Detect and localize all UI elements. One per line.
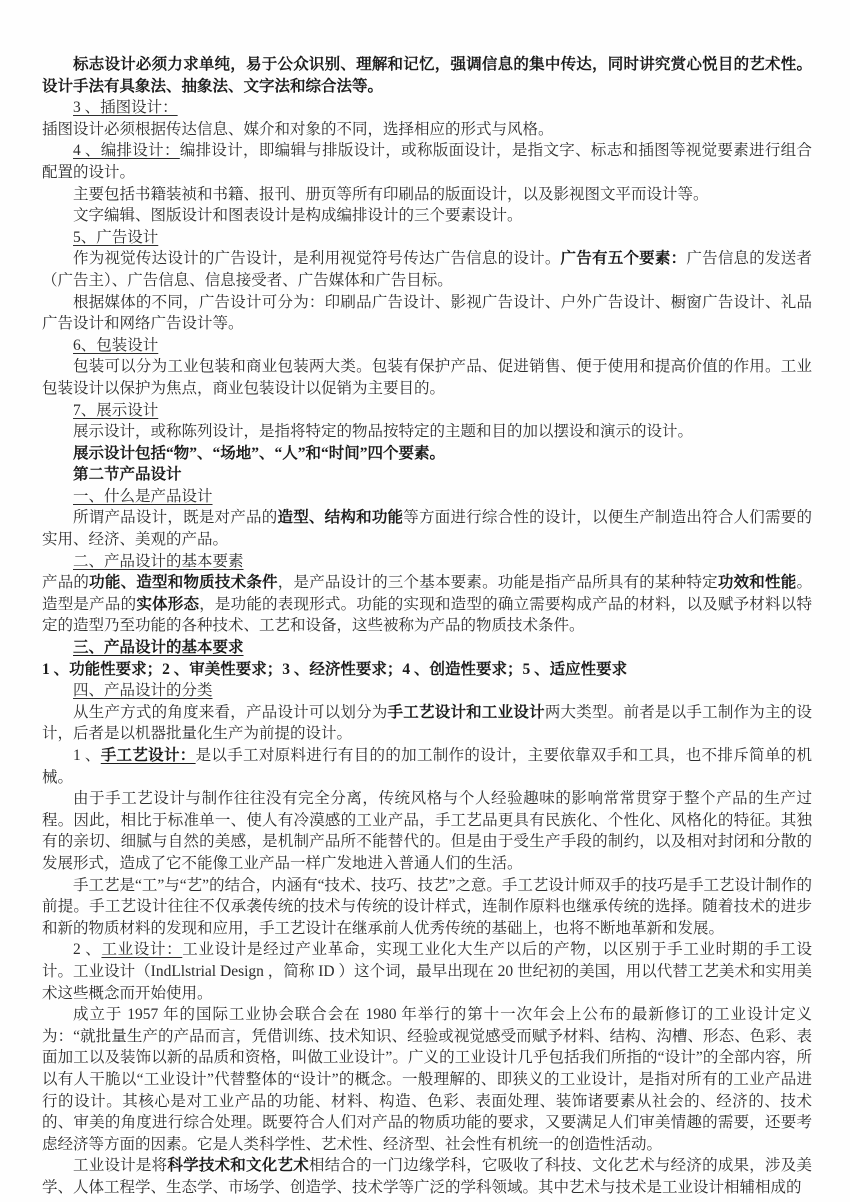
text-run: 手工艺是“工”与“艺”的结合，内涵有“技术、技巧、技艺”之意。手工艺设计师双手的… [42,877,812,937]
scanned-document-page: 标志设计必须力求单纯，易于公众识别、理解和记忆，强调信息的集中传达，同时讲究赏心… [0,0,850,1202]
paragraph: 5、广告设计 [42,227,812,249]
text-run: 从生产方式的角度来看，产品设计可以划分为 [73,704,388,721]
paragraph: 工业设计是将科学技术和文化艺术相结合的一门边缘学科，它吸收了科技、文化艺术与经济… [42,1155,812,1198]
document-body: 标志设计必须力求单纯，易于公众识别、理解和记忆，强调信息的集中传达，同时讲究赏心… [42,54,812,1198]
text-run: 成立于 1957 年的国际工业协会联合会在 1980 年举行的第十一次年会上公布… [42,1006,812,1153]
paragraph: 文字编辑、图版设计和图表设计是构成编排设计的三个要素设计。 [42,205,812,227]
paragraph: 成立于 1957 年的国际工业协会联合会在 1980 年举行的第十一次年会上公布… [42,1004,812,1155]
text-run: 实体形态 [136,596,199,613]
paragraph: 产品的功能、造型和物质技术条件，是产品设计的三个基本要素。功能是指产品所具有的某… [42,572,812,637]
paragraph: 四、产品设计的分类 [42,680,812,702]
text-run: 由于手工艺设计与制作往往没有完全分离，传统风格与个人经验趣味的影响常常贯穿于整个… [42,790,812,872]
text-run: 功能、造型和物质技术条件 [89,574,278,591]
text-run: 造型、结构和功能 [277,509,403,526]
paragraph: 第二节产品设计 [42,464,812,486]
heading-text: 3 、插图设计： [73,99,178,116]
text-run: 1 、 [73,747,101,764]
text-run: 所谓产品设计，既是对产品的 [73,509,277,526]
text-run: 1 、功能性要求；2 、审美性要求；3 、经济性要求；4 、创造性要求；5 、适… [42,661,627,678]
paragraph: 由于手工艺设计与制作往往没有完全分离，传统风格与个人经验趣味的影响常常贯穿于整个… [42,788,812,874]
paragraph: 根据媒体的不同，广告设计可分为：印刷品广告设计、影视广告设计、户外广告设计、橱窗… [42,292,812,335]
paragraph: 从生产方式的角度来看，产品设计可以划分为手工艺设计和工业设计两大类型。前者是以手… [42,702,812,745]
paragraph: 6、包装设计 [42,335,812,357]
paragraph: 3 、插图设计： [42,97,812,119]
text-run: ，是产品设计的三个基本要素。功能是指产品所具有的某种特定 [278,574,718,591]
paragraph: 二、产品设计的基本要素 [42,551,812,573]
paragraph: 1 、手工艺设计：是以手工对原料进行有目的的加工制作的设计，主要依靠双手和工具，… [42,745,812,788]
text-run: 展示设计，或称陈列设计，是指将特定的物品按特定的主题和目的加以摆设和演示的设计。 [73,423,693,440]
paragraph: 三、产品设计的基本要求 [42,637,812,659]
paragraph: 手工艺是“工”与“艺”的结合，内涵有“技术、技巧、技艺”之意。手工艺设计师双手的… [42,875,812,940]
paragraph: 1 、功能性要求；2 、审美性要求；3 、经济性要求；4 、创造性要求；5 、适… [42,659,812,681]
text-run: 产品的 [42,574,89,591]
heading-text: 四、产品设计的分类 [73,682,213,699]
paragraph: 插图设计必须根据传达信息、媒介和对象的不同，选择相应的形式与风格。 [42,119,812,141]
text-run: 插图设计必须根据传达信息、媒介和对象的不同，选择相应的形式与风格。 [42,121,554,138]
text-run: 根据媒体的不同，广告设计可分为：印刷品广告设计、影视广告设计、户外广告设计、橱窗… [42,294,812,333]
heading-text: 工业设计： [101,941,182,958]
heading-text: 6、包装设计 [73,337,158,354]
text-run: 第二节产品设计 [73,466,182,483]
text-run: 工业设计是将 [73,1157,167,1174]
paragraph: 作为视觉传达设计的广告设计，是利用视觉符号传达广告信息的设计。广告有五个要素：广… [42,248,812,291]
text-run: 展示设计包括“物”、“场地”、“人”和“时间”四个要素。 [73,445,445,462]
heading-text: 一、什么是产品设计 [73,488,213,505]
heading-text: 4 、编排设计： [73,142,180,159]
text-run: 包装可以分为工业包装和商业包装两大类。包装有保护产品、促进销售、便于使用和提高价… [42,358,812,397]
paragraph: 所谓产品设计，既是对产品的造型、结构和功能等方面进行综合性的设计，以便生产制造出… [42,507,812,550]
paragraph: 2 、工业设计：工业设计是经过产业革命，实现工业化大生产以后的产物，以区别于手工… [42,939,812,1004]
heading-text: 三、产品设计的基本要求 [73,639,244,656]
paragraph: 标志设计必须力求单纯，易于公众识别、理解和记忆，强调信息的集中传达，同时讲究赏心… [42,54,812,97]
text-run: 科学技术和文化艺术 [167,1157,309,1174]
paragraph: 4 、编排设计：编排设计，即编辑与排版设计，或称版面设计，是指文字、标志和插图等… [42,140,812,183]
paragraph: 7、展示设计 [42,400,812,422]
heading-text: 二、产品设计的基本要素 [73,553,244,570]
heading-text: 5、广告设计 [73,229,158,246]
paragraph: 包装可以分为工业包装和商业包装两大类。包装有保护产品、促进销售、便于使用和提高价… [42,356,812,399]
paragraph: 展示设计，或称陈列设计，是指将特定的物品按特定的主题和目的加以摆设和演示的设计。 [42,421,812,443]
text-run: 作为视觉传达设计的广告设计，是利用视觉符号传达广告信息的设计。 [73,250,561,267]
text-run: 文字编辑、图版设计和图表设计是构成编排设计的三个要素设计。 [73,207,523,224]
paragraph: 展示设计包括“物”、“场地”、“人”和“时间”四个要素。 [42,443,812,465]
text-run: 手工艺设计和工业设计 [388,704,545,721]
text-run: 主要包括书籍装祯和书籍、报刊、册页等所有印刷品的版面设计，以及影视图文平而设计等… [73,186,709,203]
paragraph: 主要包括书籍装祯和书籍、报刊、册页等所有印刷品的版面设计，以及影视图文平而设计等… [42,184,812,206]
text-run: 广告有五个要素： [561,250,687,267]
text-run: 标志设计必须力求单纯，易于公众识别、理解和记忆，强调信息的集中传达，同时讲究赏心… [42,56,812,95]
heading-text: 7、展示设计 [73,402,158,419]
heading-text: 手工艺设计： [101,747,196,764]
text-run: 2 、 [73,941,101,958]
text-run: 功效和性能 [718,574,797,591]
paragraph: 一、什么是产品设计 [42,486,812,508]
